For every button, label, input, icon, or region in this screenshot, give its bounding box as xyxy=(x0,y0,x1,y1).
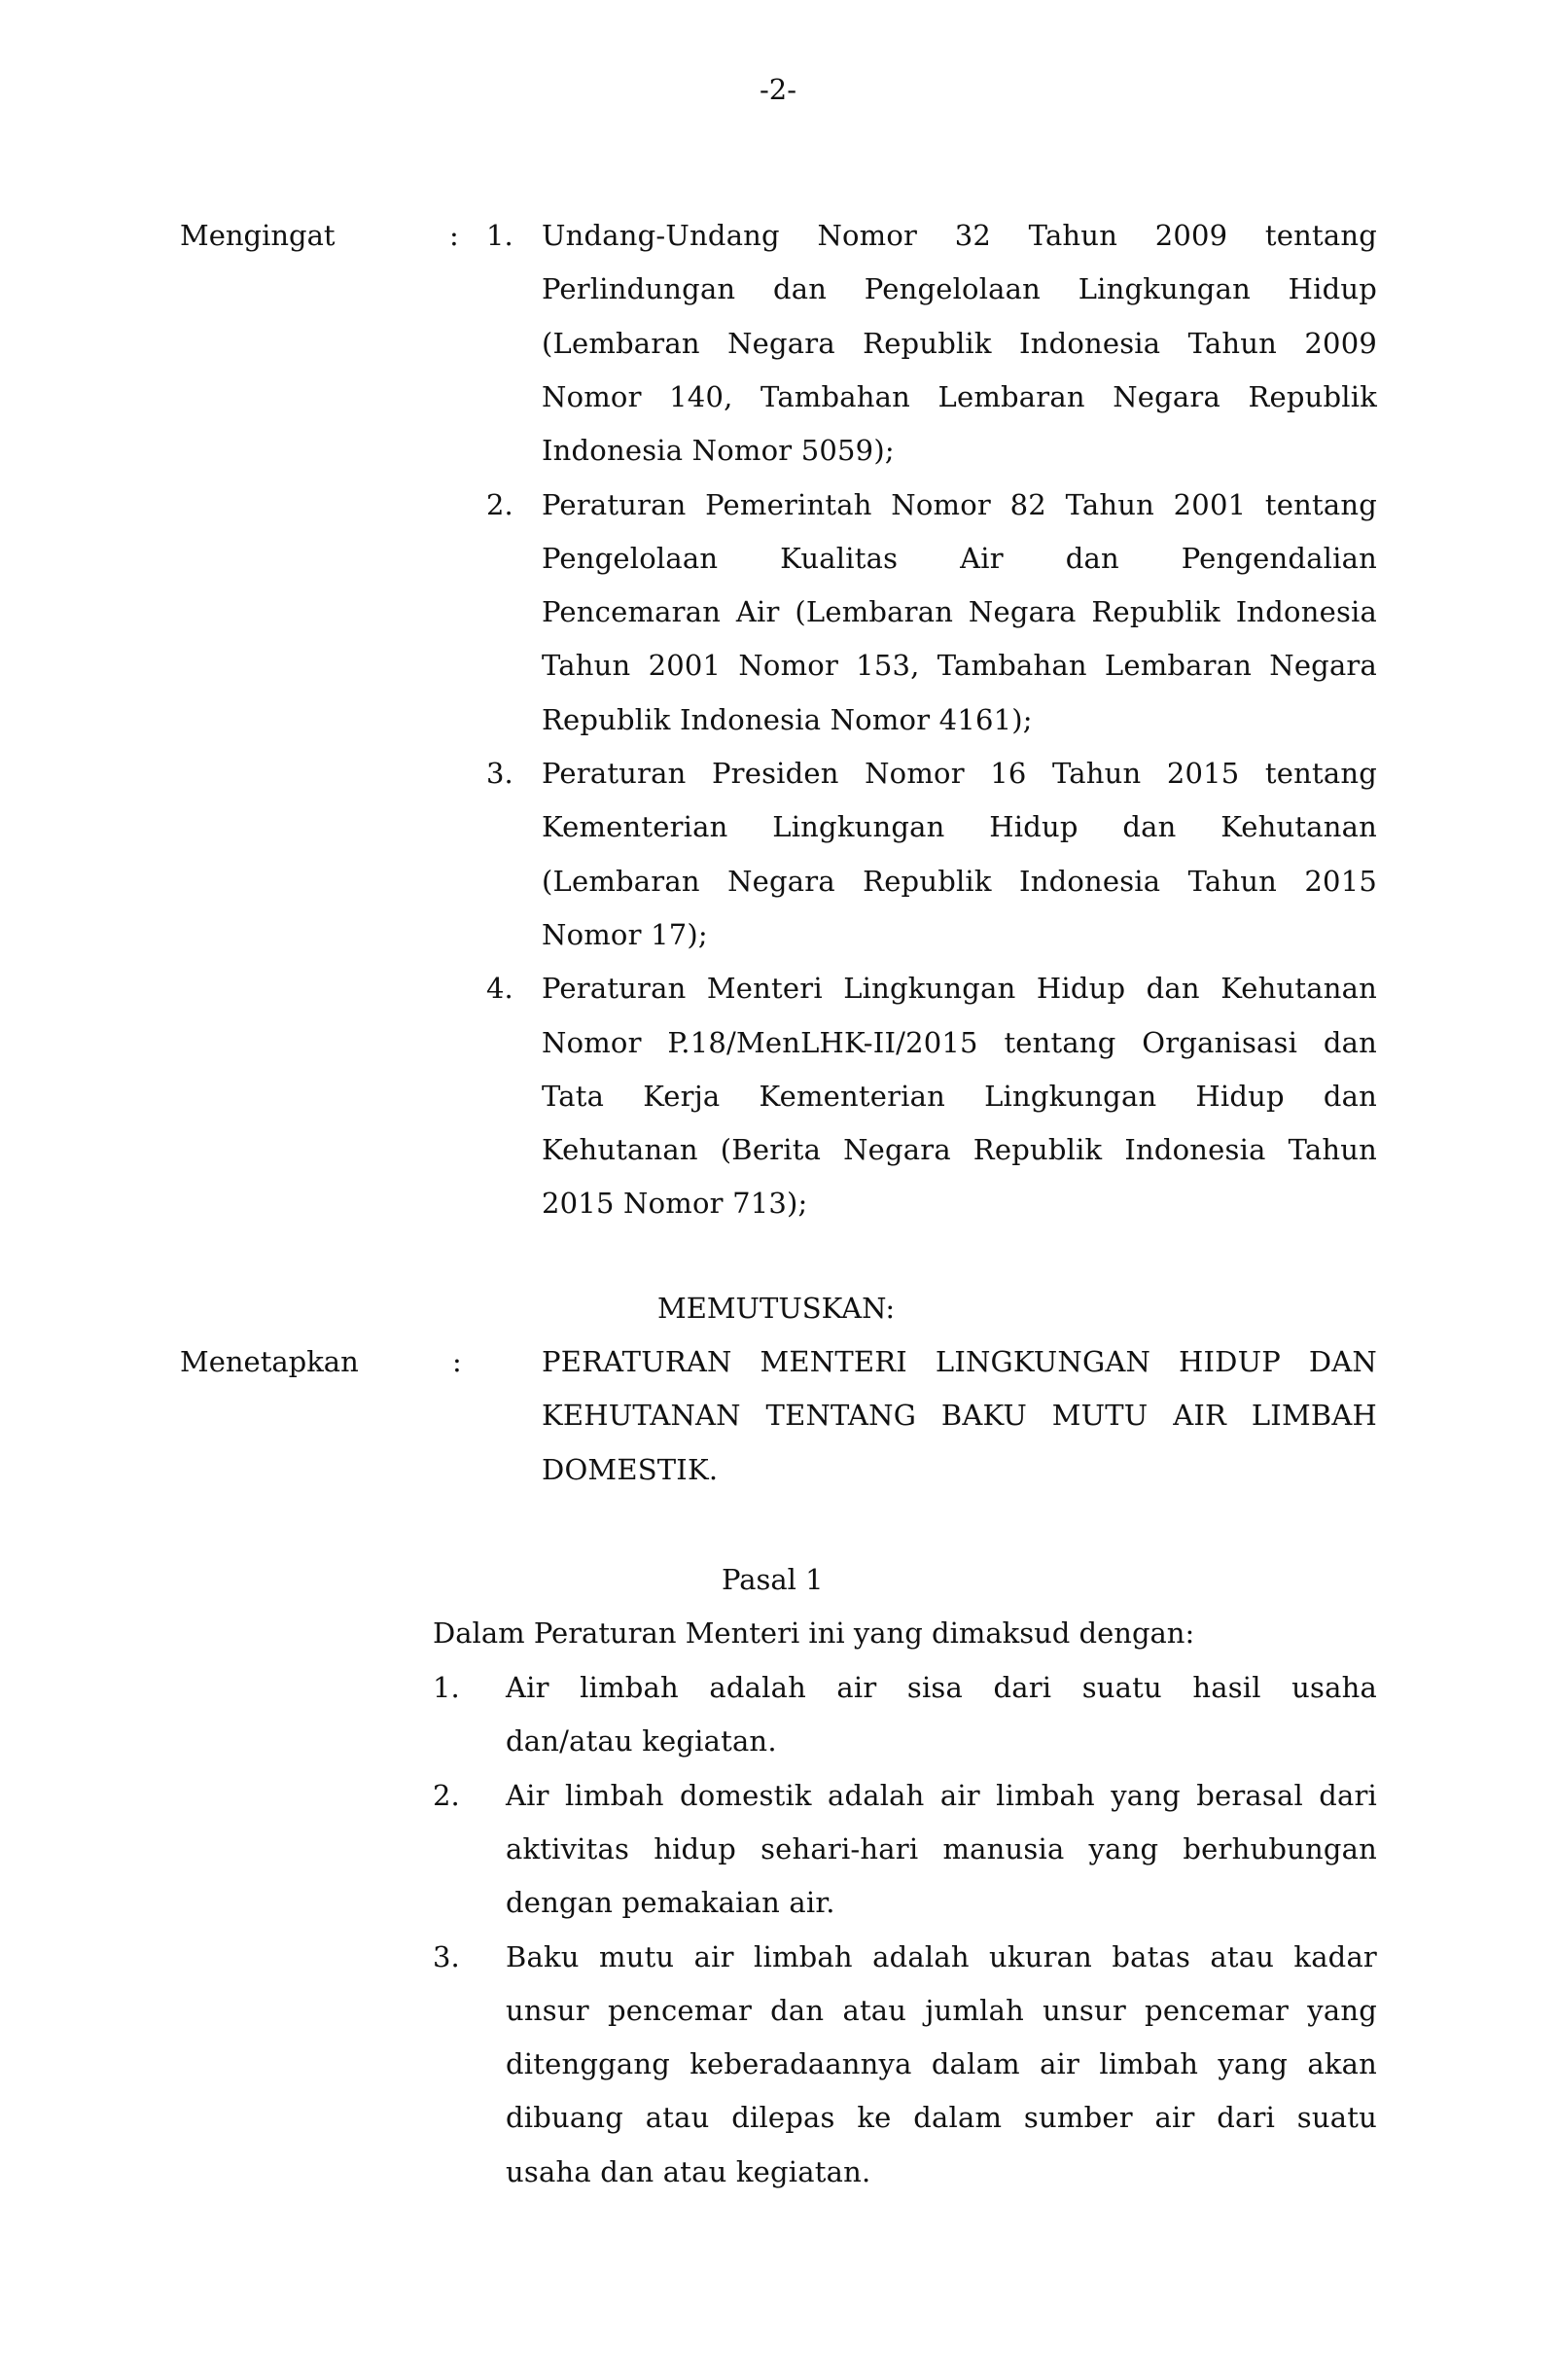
memutuskan-heading: MEMUTUSKAN: xyxy=(657,1289,895,1328)
text-line: Peraturan Presiden Nomor 16 Tahun 2015 t… xyxy=(542,754,1377,793)
text-line: dibuang atau dilepas ke dalam sumber air… xyxy=(506,2098,1377,2137)
text-line: Peraturan Menteri Lingkungan Hidup dan K… xyxy=(542,969,1377,1008)
text-line: Republik Indonesia Nomor 4161); xyxy=(542,700,1377,739)
text-line: PERATURAN MENTERI LINGKUNGAN HIDUP DAN xyxy=(542,1342,1377,1381)
text-line: Tata Kerja Kementerian Lingkungan Hidup … xyxy=(542,1077,1377,1116)
list-number: 3. xyxy=(433,1937,460,1976)
text-line: ditenggang keberadaannya dalam air limba… xyxy=(506,2044,1377,2083)
text-line: unsur pencemar dan atau jumlah unsur pen… xyxy=(506,1991,1377,2030)
text-line: Kementerian Lingkungan Hidup dan Kehutan… xyxy=(542,807,1377,846)
list-number: 1. xyxy=(433,1668,460,1707)
mengingat-colon: : xyxy=(449,216,459,255)
text-line: Nomor 140, Tambahan Lembaran Negara Repu… xyxy=(542,377,1377,416)
text-line: Perlindungan dan Pengelolaan Lingkungan … xyxy=(542,269,1377,308)
text-line: (Lembaran Negara Republik Indonesia Tahu… xyxy=(542,324,1377,363)
text-line: Air limbah domestik adalah air limbah ya… xyxy=(506,1776,1377,1815)
list-number: 2. xyxy=(486,485,513,524)
text-line: Air limbah adalah air sisa dari suatu ha… xyxy=(506,1668,1377,1707)
text-line: Nomor P.18/MenLHK-II/2015 tentang Organi… xyxy=(542,1023,1377,1062)
list-number: 1. xyxy=(486,216,513,255)
pasal-1-title: Pasal 1 xyxy=(722,1560,824,1599)
list-number: 3. xyxy=(486,754,513,793)
text-line: dan/atau kegiatan. xyxy=(506,1722,1377,1760)
text-line: aktivitas hidup sehari-hari manusia yang… xyxy=(506,1829,1377,1868)
list-number: 4. xyxy=(486,969,513,1008)
page-number: -2- xyxy=(0,70,1556,109)
text-line: KEHUTANAN TENTANG BAKU MUTU AIR LIMBAH xyxy=(542,1396,1377,1435)
text-line: DOMESTIK. xyxy=(542,1450,1377,1489)
text-line: Pengelolaan Kualitas Air dan Pengendalia… xyxy=(542,539,1377,578)
text-line: (Lembaran Negara Republik Indonesia Tahu… xyxy=(542,862,1377,901)
text-line: usaha dan atau kegiatan. xyxy=(506,2152,1377,2191)
text-line: 2015 Nomor 713); xyxy=(542,1184,1377,1223)
text-line: Kehutanan (Berita Negara Republik Indone… xyxy=(542,1130,1377,1169)
list-number: 2. xyxy=(433,1776,460,1815)
text-line: Indonesia Nomor 5059); xyxy=(542,431,1377,470)
text-line: Undang-Undang Nomor 32 Tahun 2009 tentan… xyxy=(542,216,1377,255)
menetapkan-label: Menetapkan xyxy=(180,1342,359,1381)
text-line: Nomor 17); xyxy=(542,915,1377,954)
text-line: Tahun 2001 Nomor 153, Tambahan Lembaran … xyxy=(542,646,1377,685)
text-line: Baku mutu air limbah adalah ukuran batas… xyxy=(506,1937,1377,1976)
text-line: Peraturan Pemerintah Nomor 82 Tahun 2001… xyxy=(542,485,1377,524)
pasal-1-intro: Dalam Peraturan Menteri ini yang dimaksu… xyxy=(433,1614,1194,1652)
mengingat-label: Mengingat xyxy=(180,216,336,255)
menetapkan-colon: : xyxy=(452,1342,462,1381)
text-line: Pencemaran Air (Lembaran Negara Republik… xyxy=(542,592,1377,631)
text-line: dengan pemakaian air. xyxy=(506,1883,1377,1922)
